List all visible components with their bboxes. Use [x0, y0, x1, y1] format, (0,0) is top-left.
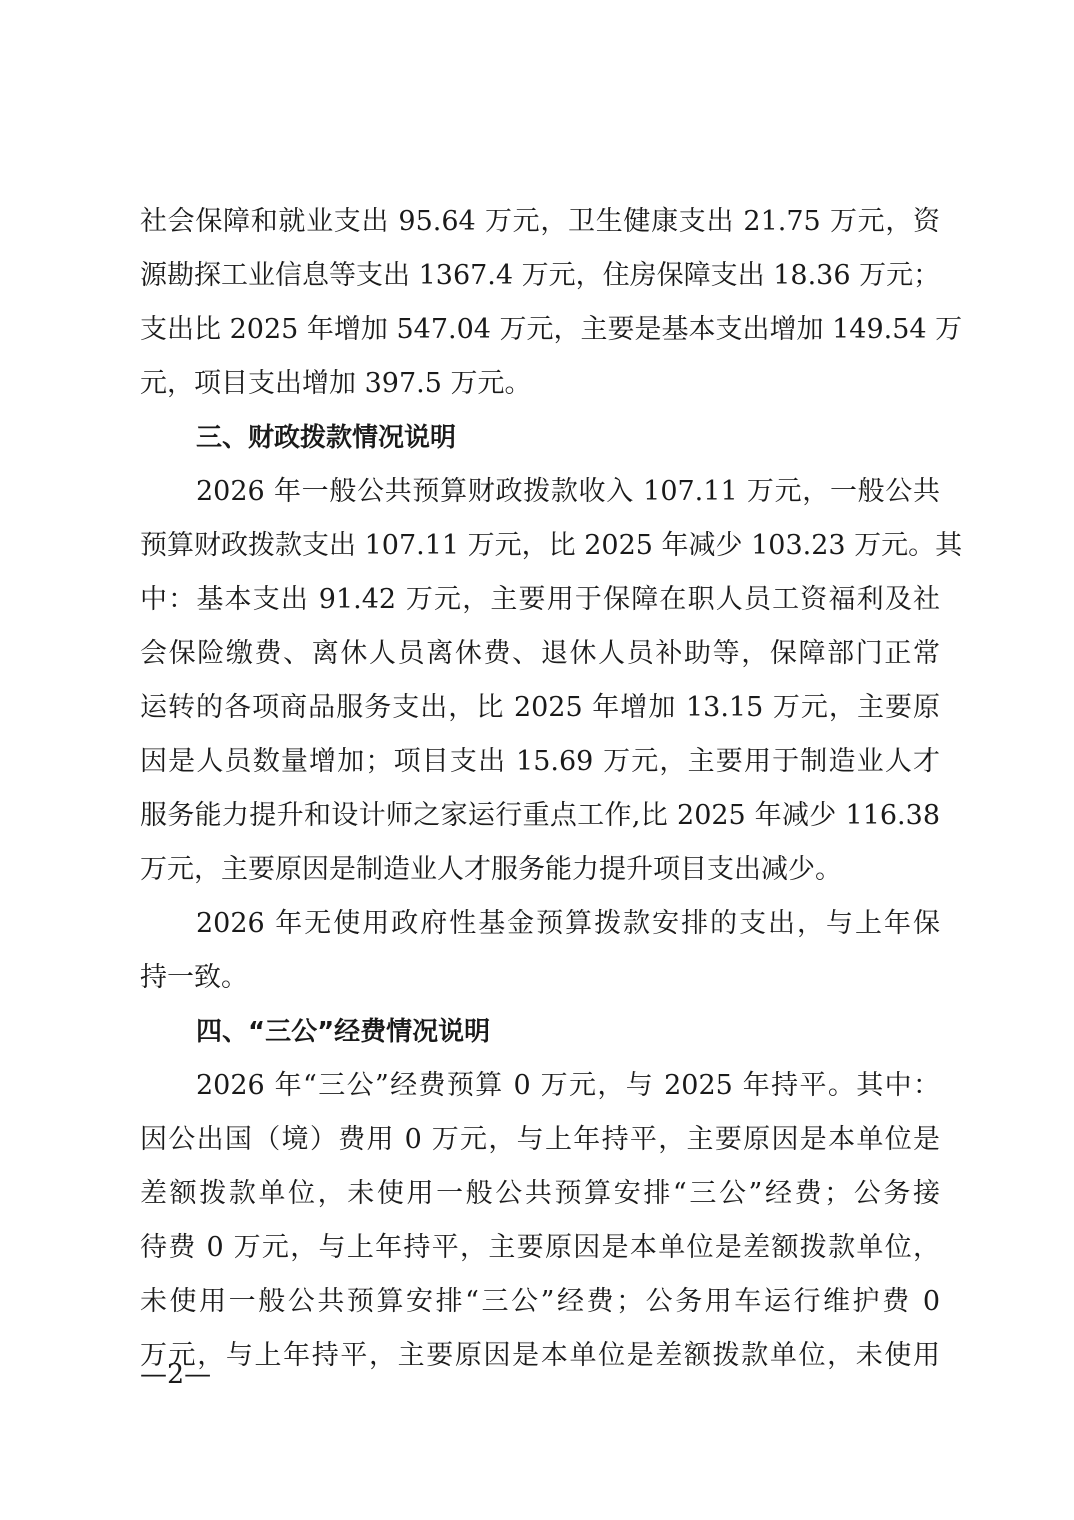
section-heading-three-public-expenses: 四、“三公”经费情况说明	[196, 1012, 940, 1052]
body-line: 因是人员数量增加；项目支出 15.69 万元，主要用于制造业人才	[140, 742, 940, 782]
body-line: 万元，主要原因是制造业人才服务能力提升项目支出减少。	[140, 850, 940, 890]
body-line: 会保险缴费、离休人员离休费、退休人员补助等，保障部门正常	[140, 634, 940, 674]
body-line: 源勘探工业信息等支出 1367.4 万元，住房保障支出 18.36 万元；	[140, 256, 940, 296]
body-line: 2026 年“三公”经费预算 0 万元，与 2025 年持平。其中：	[196, 1066, 940, 1106]
page-number: —2—	[140, 1355, 211, 1395]
body-line: 服务能力提升和设计师之家运行重点工作,比 2025 年减少 116.38	[140, 796, 940, 836]
body-line: 2026 年无使用政府性基金预算拨款安排的支出，与上年保	[196, 904, 940, 944]
body-line: 预算财政拨款支出 107.11 万元，比 2025 年减少 103.23 万元。…	[140, 526, 940, 566]
body-line: 中：基本支出 91.42 万元，主要用于保障在职人员工资福利及社	[140, 580, 940, 620]
body-line: 差额拨款单位，未使用一般公共预算安排“三公”经费；公务接	[140, 1174, 940, 1214]
document-page: 社会保障和就业支出 95.64 万元，卫生健康支出 21.75 万元，资 源勘探…	[0, 0, 1074, 1520]
body-line: 支出比 2025 年增加 547.04 万元，主要是基本支出增加 149.54 …	[140, 310, 940, 350]
body-line: 元，项目支出增加 397.5 万元。	[140, 364, 940, 404]
body-line: 2026 年一般公共预算财政拨款收入 107.11 万元，一般公共	[196, 472, 940, 512]
body-line: 未使用一般公共预算安排“三公”经费；公务用车运行维护费 0	[140, 1282, 940, 1322]
body-line: 社会保障和就业支出 95.64 万元，卫生健康支出 21.75 万元，资	[140, 202, 940, 242]
body-line: 万元，与上年持平，主要原因是本单位是差额拨款单位，未使用	[140, 1336, 940, 1376]
body-line: 持一致。	[140, 958, 940, 998]
body-line: 运转的各项商品服务支出，比 2025 年增加 13.15 万元，主要原	[140, 688, 940, 728]
body-line: 因公出国（境）费用 0 万元，与上年持平，主要原因是本单位是	[140, 1120, 940, 1160]
section-heading-fiscal-appropriation: 三、财政拨款情况说明	[196, 418, 940, 458]
body-line: 待费 0 万元，与上年持平，主要原因是本单位是差额拨款单位，	[140, 1228, 940, 1268]
